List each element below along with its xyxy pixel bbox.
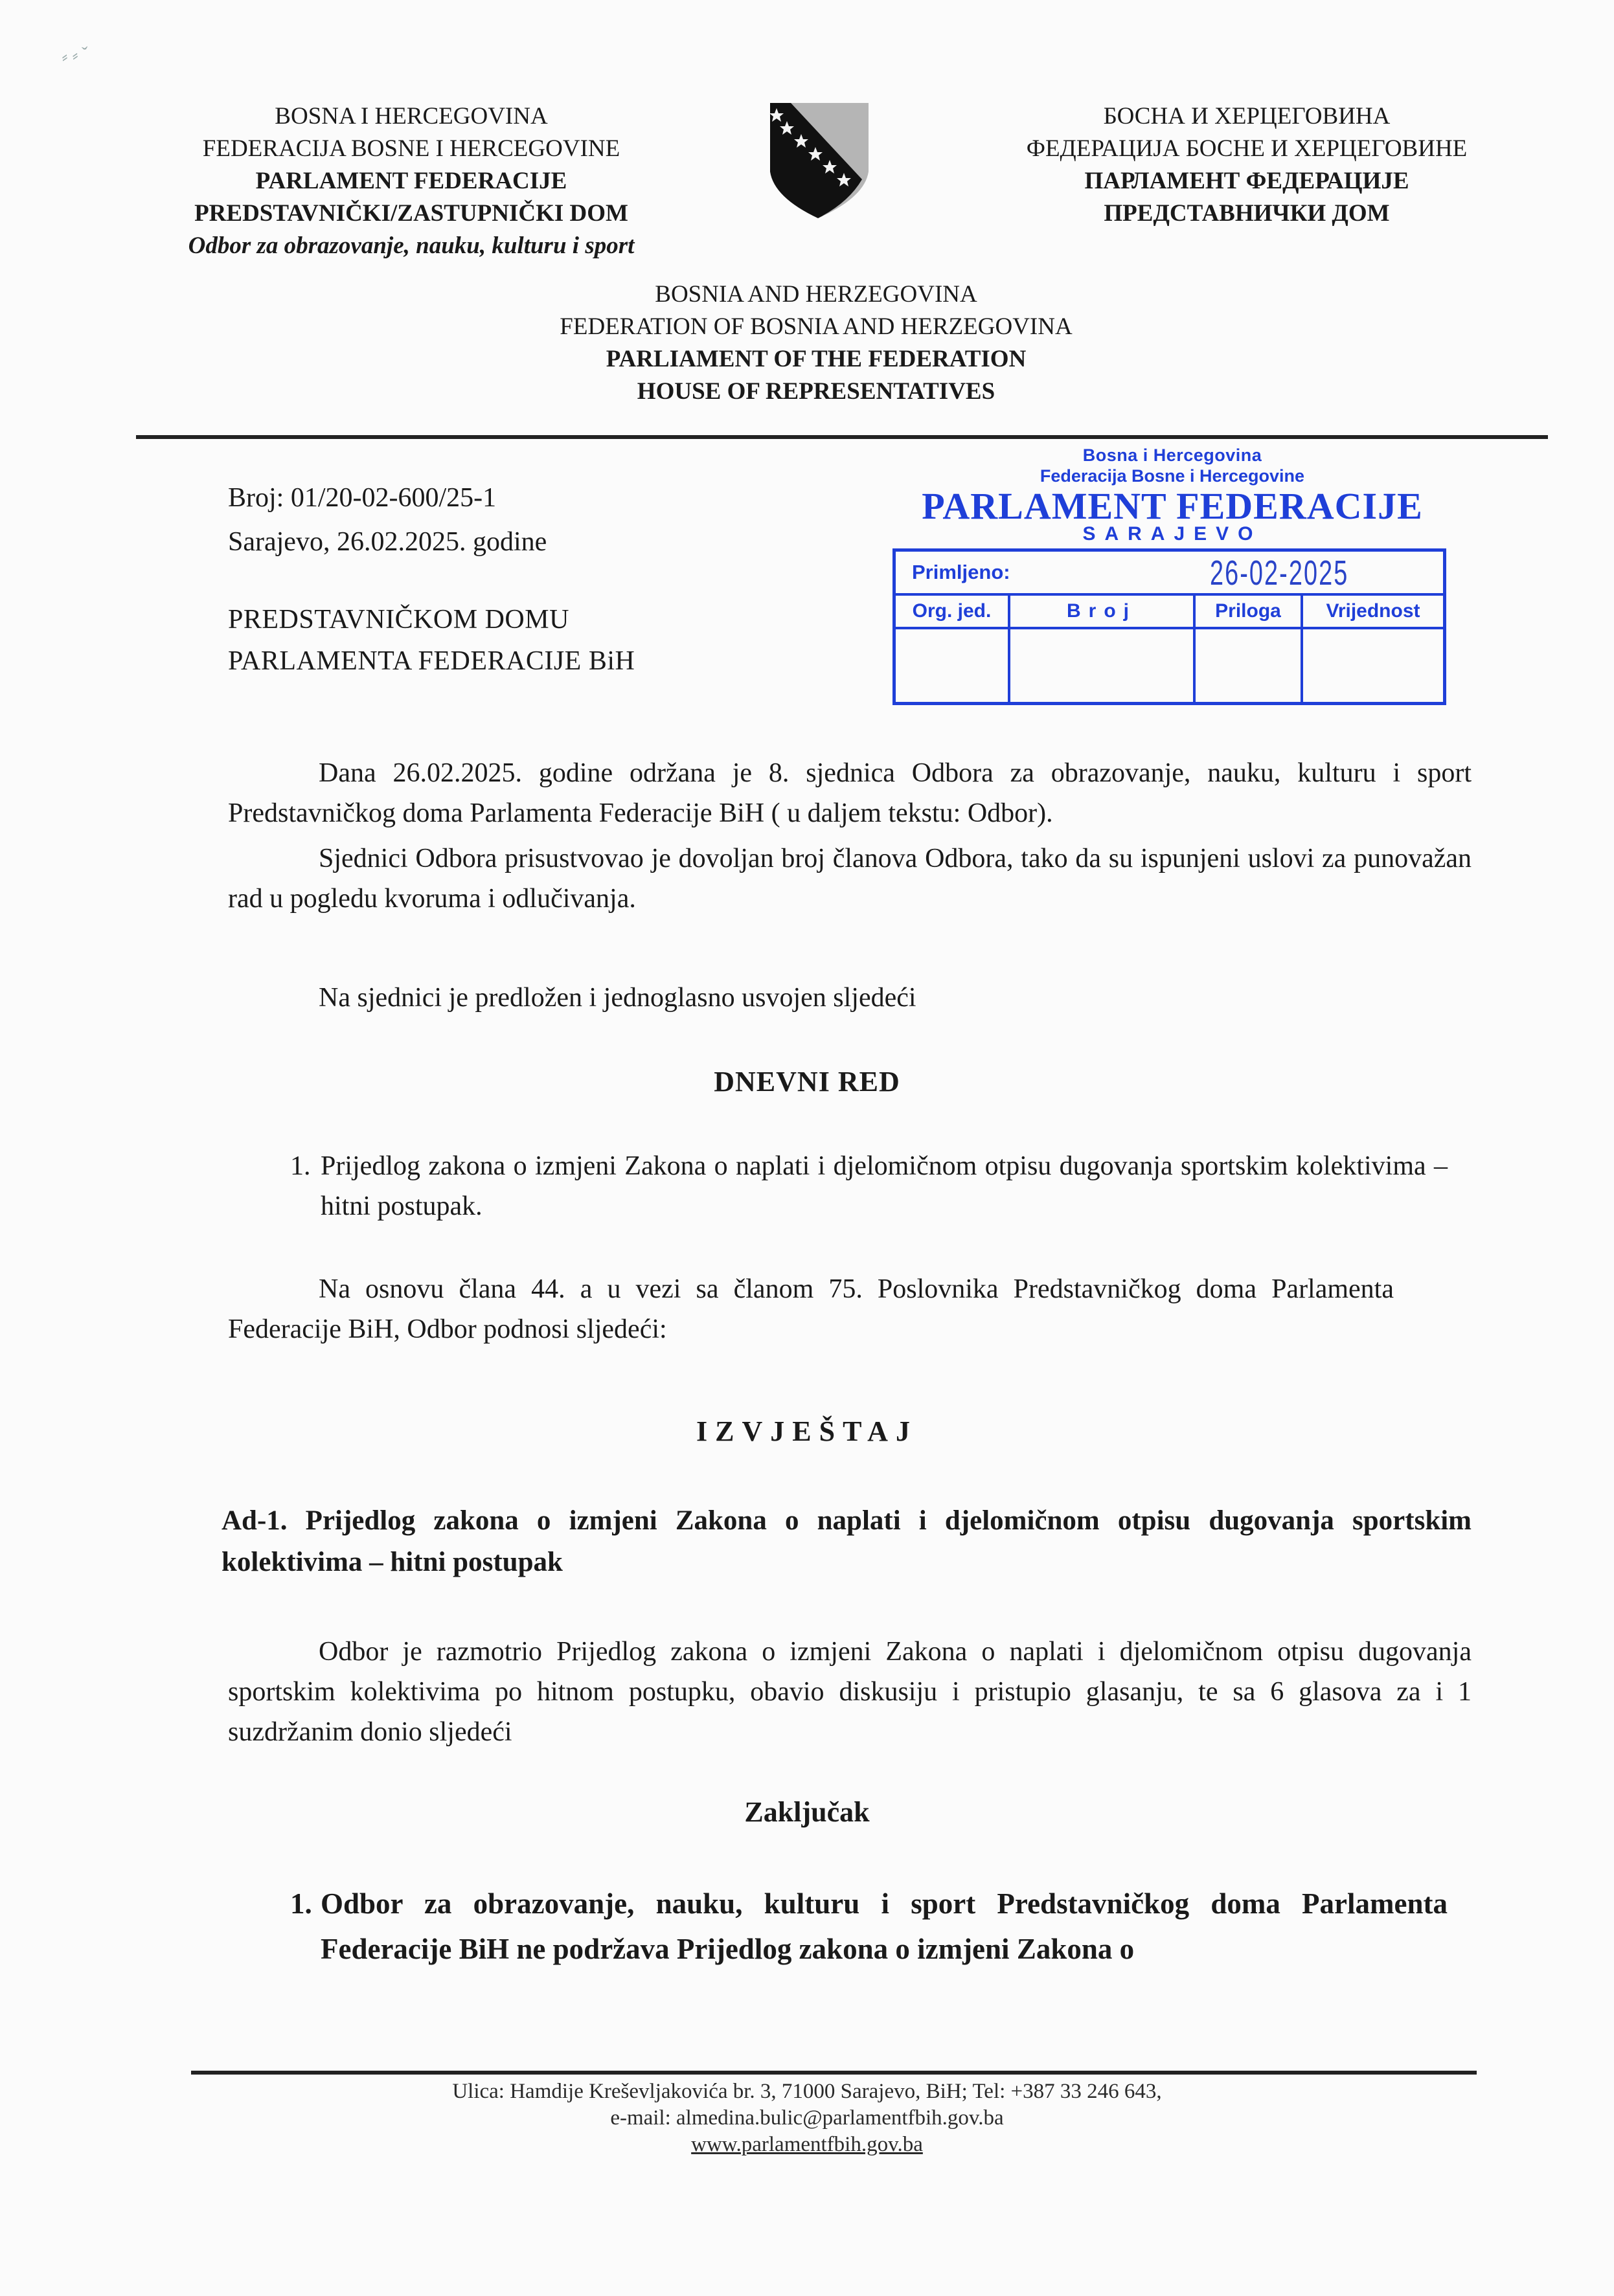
stamp-received-date: 26-02-2025 (1210, 553, 1348, 593)
agenda-item: 1. Prijedlog zakona o izmjeni Zakona o n… (321, 1146, 1448, 1226)
paragraph-session: Dana 26.02.2025. godine održana je 8. sj… (228, 753, 1472, 833)
recipient-line-2: PARLAMENTA FEDERACIJE BiH (228, 640, 635, 682)
document-number: Broj: 01/20-02-600/25-1 (228, 476, 547, 520)
footer-email: e-mail: almedina.bulic@parlamentfbih.gov… (0, 2105, 1614, 2132)
footer-divider (191, 2071, 1477, 2075)
coat-of-arms-shield-icon (767, 100, 871, 220)
report-item-heading: Ad-1. Prijedlog zakona o izmjeni Zakona … (222, 1500, 1472, 1583)
document-place-date: Sarajevo, 26.02.2025. godine (228, 520, 547, 564)
agenda-item-number: 1. (290, 1146, 311, 1186)
paragraph-quorum: Sjednici Odbora prisustvovao je dovoljan… (228, 838, 1472, 919)
footer-website-link[interactable]: www.parlamentfbih.gov.ba (691, 2133, 923, 2156)
conclusion-heading: Zaključak (0, 1792, 1614, 1832)
header-left-bosnian: BOSNA I HERCEGOVINA FEDERACIJA BOSNE I H… (146, 100, 677, 262)
header-parliament: PARLAMENT FEDERACIJE (146, 165, 677, 197)
report-heading: IZVJEŠTAJ (0, 1412, 1614, 1452)
paragraph-agenda-intro: Na sjednici je predložen i jednoglasno u… (228, 978, 1472, 1018)
header-house-en: HOUSE OF REPRESENTATIVES (453, 376, 1179, 408)
paragraph-legal-basis: Na osnovu člana 44. a u vezi sa članom 7… (228, 1269, 1394, 1349)
header-house-cyrillic: ПРЕДСТАВНИЧКИ ДОМ (972, 197, 1522, 230)
stamp-federation: Federacija Bosne i Hercegovine (891, 466, 1454, 486)
stamp-box: Primljeno: 26-02-2025 Org. jed. Broj Pri… (892, 548, 1446, 705)
header-parliament-en: PARLIAMENT OF THE FEDERATION (453, 343, 1179, 376)
header-federation-cyrillic: ФЕДЕРАЦИЈА БОСНЕ И ХЕРЦЕГОВИНЕ (972, 133, 1522, 165)
header-country-cyrillic: БОСНА И ХЕРЦЕГОВИНА (972, 100, 1522, 133)
received-stamp: Bosna i Hercegovina Federacija Bosne i H… (891, 440, 1454, 712)
stamp-country: Bosna i Hercegovina (891, 445, 1454, 466)
header-parliament-cyrillic: ПАРЛАМЕНТ ФЕДЕРАЦИЈЕ (972, 165, 1522, 197)
agenda-heading: DNEVNI RED (0, 1062, 1614, 1102)
footer-address: Ulica: Hamdije Kreševljakovića br. 3, 71… (0, 2078, 1614, 2105)
stamp-col-number: Broj (1010, 596, 1196, 703)
conclusion-item-text: Odbor za obrazovanje, nauku, kulturu i s… (321, 1887, 1448, 1965)
stamp-col-value: Vrijednost (1303, 596, 1443, 703)
header-right-cyrillic: БОСНА И ХЕРЦЕГОВИНА ФЕДЕРАЦИЈА БОСНЕ И Х… (972, 100, 1522, 230)
stamp-city: SARAJEVO (891, 523, 1454, 545)
header-country-en: BOSNIA AND HERZEGOVINA (453, 278, 1179, 311)
stamp-table: Org. jed. Broj Priloga Vrijednost (896, 596, 1443, 703)
header-english: BOSNIA AND HERZEGOVINA FEDERATION OF BOS… (453, 278, 1179, 408)
header-divider (136, 435, 1548, 439)
header-federation: FEDERACIJA BOSNE I HERCEGOVINE (146, 133, 677, 165)
header-committee: Odbor za obrazovanje, nauku, kulturu i s… (146, 230, 677, 262)
document-meta: Broj: 01/20-02-600/25-1 Sarajevo, 26.02.… (228, 476, 547, 564)
stamp-parliament: PARLAMENT FEDERACIJE (891, 484, 1454, 528)
header-federation-en: FEDERATION OF BOSNIA AND HERZEGOVINA (453, 311, 1179, 343)
stamp-col-attachments: Priloga (1196, 596, 1303, 703)
stamp-received-label: Primljeno: (912, 561, 1010, 584)
conclusion-item-number: 1. (290, 1881, 312, 1926)
footer: Ulica: Hamdije Kreševljakovića br. 3, 71… (0, 2078, 1614, 2158)
header-house: PREDSTAVNIČKI/ZASTUPNIČKI DOM (146, 197, 677, 230)
conclusion-item: 1. Odbor za obrazovanje, nauku, kulturu … (321, 1881, 1448, 1972)
recipient-block: PREDSTAVNIČKOM DOMU PARLAMENTA FEDERACIJ… (228, 599, 635, 682)
stamp-col-org: Org. jed. (896, 596, 1010, 703)
header-country: BOSNA I HERCEGOVINA (146, 100, 677, 133)
agenda-item-text: Prijedlog zakona o izmjeni Zakona o napl… (321, 1151, 1448, 1221)
paragraph-vote: Odbor je razmotrio Prijedlog zakona o iz… (228, 1632, 1472, 1752)
recipient-line-1: PREDSTAVNIČKOM DOMU (228, 599, 635, 640)
scan-artifact: ⸗ ⸗ ˇ (60, 43, 90, 68)
stamp-received-row: Primljeno: 26-02-2025 (896, 552, 1443, 596)
